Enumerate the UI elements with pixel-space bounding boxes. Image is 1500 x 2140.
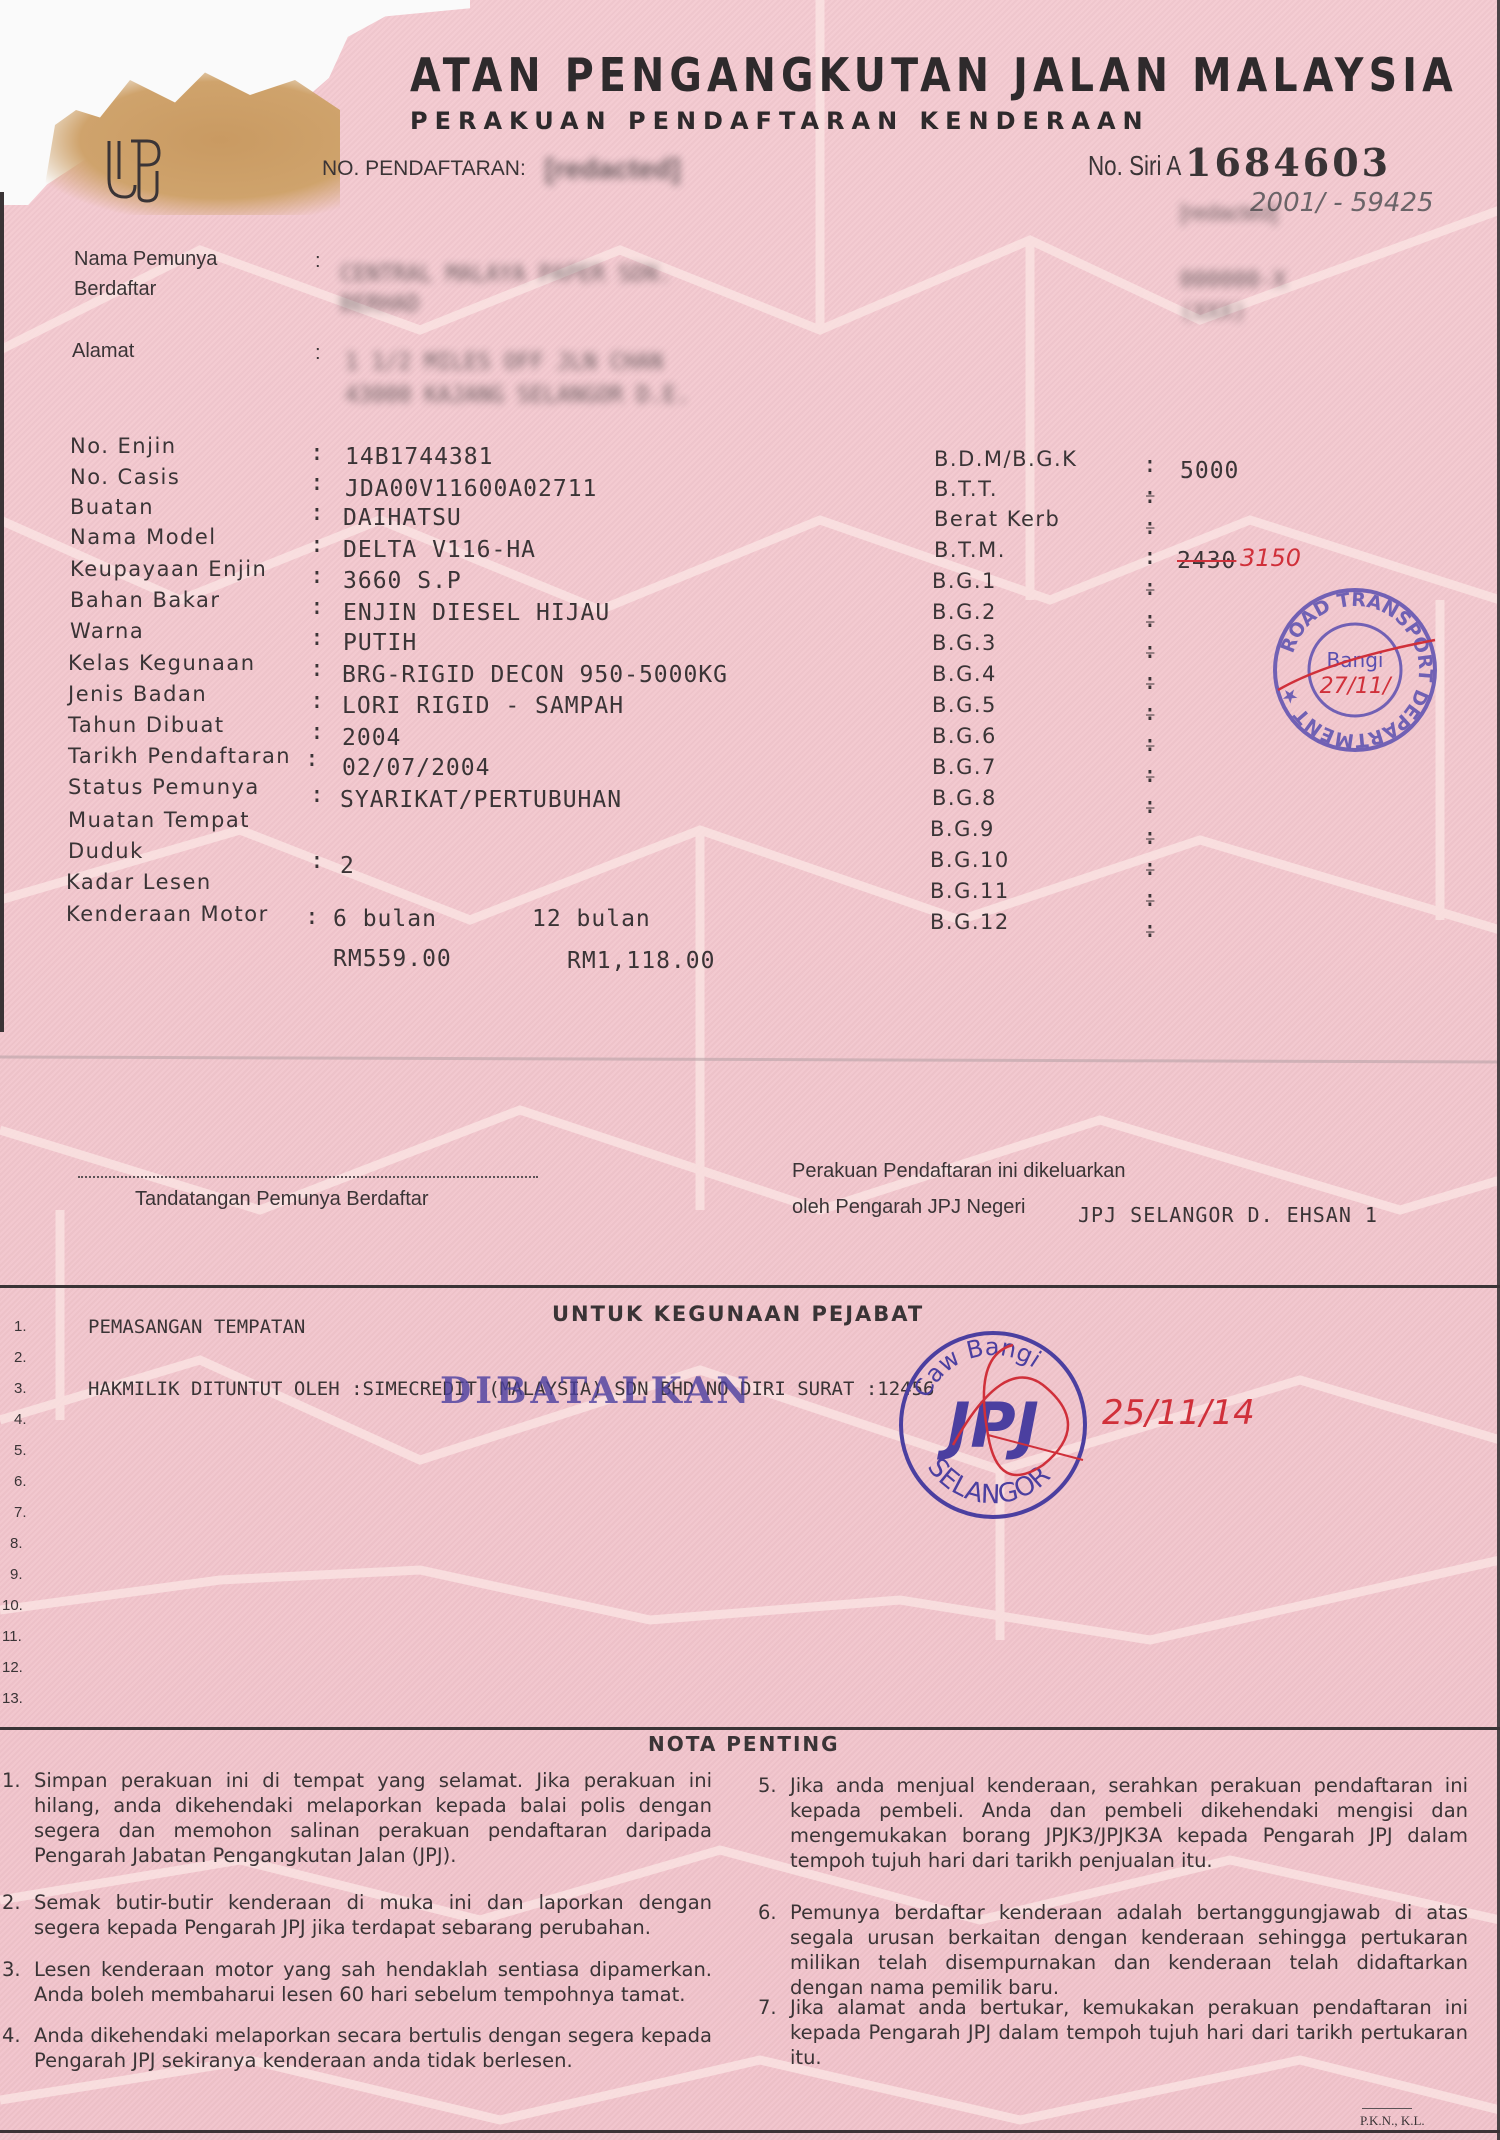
- cancelled-stamp: DIBATALKAN: [440, 1370, 753, 1412]
- bg5-value: –: [1146, 707, 1155, 723]
- bg6-value: –: [1146, 738, 1155, 754]
- colon: :: [305, 904, 320, 930]
- model-value: DELTA V116-HA: [343, 537, 536, 563]
- line-number: 7.: [14, 1504, 27, 1521]
- colon: :: [1143, 452, 1158, 478]
- line-number: 4.: [14, 1411, 27, 1428]
- colon: :: [310, 500, 325, 526]
- owner-status-value: SYARIKAT/PERTUBUHAN: [340, 787, 622, 813]
- line-number: 2.: [14, 1349, 27, 1366]
- colon: :: [1143, 544, 1158, 570]
- field-label: No. Casis: [70, 465, 180, 489]
- year-value: 2004: [342, 725, 401, 751]
- weight-label: B.T.M.: [934, 538, 1006, 562]
- bg7-value: –: [1146, 769, 1155, 785]
- svg-text:27/11/: 27/11/: [1320, 674, 1393, 699]
- field-label: Tahun Dibuat: [68, 713, 225, 737]
- colon: :: [310, 848, 325, 874]
- weight-label: B.T.T.: [934, 477, 998, 501]
- jpj-selangor-stamp-icon: Caw Bangi SELANGOR JPJ: [893, 1325, 1093, 1525]
- line-number: 10.: [2, 1597, 23, 1614]
- field-label: Jenis Badan: [68, 682, 207, 706]
- office-use-heading: UNTUK KEGUNAAN PEJABAT: [552, 1302, 924, 1326]
- btm-handwritten-correction: 3150: [1240, 544, 1301, 572]
- owner-colon: :: [315, 250, 321, 273]
- weight-label: B.G.9: [930, 817, 995, 841]
- bg4-value: –: [1146, 676, 1155, 692]
- note-item-5: 5. Jika anda menjual kenderaan, serahkan…: [758, 1773, 1470, 1883]
- printer-mark: P.K.N., K.L.: [1360, 2113, 1425, 2129]
- colon: :: [305, 746, 320, 772]
- note-item-3: 3. Lesen kenderaan motor yang sah hendak…: [2, 1957, 712, 2017]
- owner-signature-label: Tandatangan Pemunya Berdaftar: [135, 1188, 429, 1211]
- weight-label: B.G.8: [932, 786, 997, 810]
- redacted-right-block: [redacted]: [1180, 200, 1278, 226]
- owner-name-value-2: BERHAD: [340, 292, 419, 317]
- field-label: No. Enjin: [70, 434, 177, 458]
- signature-line: [78, 1176, 538, 1178]
- bg11-value: –: [1146, 893, 1155, 909]
- body-type-value: LORI RIGID - SAMPAH: [342, 693, 624, 719]
- license-12-value: RM1,118.00: [567, 948, 715, 974]
- kerb-value: –: [1146, 520, 1155, 536]
- note-item-4: 4. Anda dikehendaki melaporkan secara be…: [2, 2023, 712, 2083]
- printer-rule: [1362, 2108, 1412, 2109]
- make-value: DAIHATSU: [343, 505, 462, 531]
- btm-value: 2430: [1177, 548, 1236, 574]
- seating-value: 2: [340, 853, 355, 879]
- issued-line-1: Perakuan Pendaftaran ini dikeluarkan: [792, 1160, 1126, 1183]
- field-label: Kelas Kegunaan: [68, 651, 256, 675]
- seating-label-2: Duduk: [68, 839, 144, 863]
- notes-top-rule: [0, 1727, 1500, 1730]
- colon: :: [310, 440, 325, 466]
- note-item-1: 1. Simpan perakuan ini di tempat yang se…: [2, 1768, 712, 1878]
- line-number: 9.: [10, 1566, 23, 1583]
- registration-no-label: NO. PENDAFTARAN:: [322, 157, 526, 181]
- line-number: 5.: [14, 1442, 27, 1459]
- line-number: 12.: [2, 1659, 23, 1676]
- note-number: 5.: [758, 1773, 777, 1798]
- weight-label: B.G.11: [930, 879, 1010, 903]
- field-label: Bahan Bakar: [70, 588, 221, 612]
- bg12-value: –: [1146, 924, 1155, 940]
- document-title: PERAKUAN PENDAFTARAN KENDERAAN: [410, 107, 1150, 135]
- note-text: Jika alamat anda bertukar, kemukakan per…: [790, 1995, 1468, 2070]
- license-6-value: RM559.00: [333, 946, 452, 972]
- owner-name-label-1: Nama Pemunya: [74, 248, 217, 271]
- note-number: 4.: [2, 2023, 21, 2048]
- colon: :: [310, 594, 325, 620]
- authority-title: ATAN PENGANGKUTAN JALAN MALAYSIA: [410, 48, 1458, 102]
- owner-name-value-1: CENTRAL MALAYA PAPER SDN.: [340, 262, 671, 287]
- registration-no-value: [redacted]: [545, 153, 680, 185]
- license-label-2: Kenderaan Motor: [66, 902, 269, 926]
- jpj-logo-icon: [95, 135, 175, 205]
- bg2-value: –: [1146, 614, 1155, 630]
- note-text: Simpan perakuan ini di tempat yang selam…: [34, 1768, 712, 1868]
- field-label: Buatan: [70, 495, 154, 519]
- company-no-2: (XXX): [1180, 300, 1246, 325]
- weight-label: B.G.4: [932, 662, 997, 686]
- issued-line-2: oleh Pengarah JPJ Negeri: [792, 1196, 1025, 1219]
- line-number: 13.: [2, 1690, 23, 1707]
- bg10-value: –: [1146, 862, 1155, 878]
- usage-class-value: BRG-RIGID DECON 950-5000KG: [342, 662, 728, 688]
- weight-label: B.G.7: [932, 755, 997, 779]
- serial-number: 1684603: [1185, 140, 1391, 185]
- weight-label: Berat Kerb: [934, 507, 1060, 531]
- colon: :: [310, 656, 325, 682]
- bg9-value: –: [1146, 831, 1155, 847]
- issuing-office: JPJ SELANGOR D. EHSAN 1: [1078, 1203, 1378, 1227]
- line-number: 11.: [2, 1628, 22, 1645]
- chassis-no-value: JDA00V11600A02711: [345, 476, 597, 502]
- bdm-value: 5000: [1180, 458, 1239, 484]
- note-number: 6.: [758, 1900, 777, 1925]
- field-label: Warna: [70, 619, 144, 643]
- note-number: 2.: [2, 1890, 21, 1915]
- bottom-rule: [0, 2130, 1500, 2133]
- line-number: 1.: [14, 1318, 27, 1335]
- bg1-value: –: [1146, 582, 1155, 598]
- note-number: 7.: [758, 1995, 777, 2020]
- owner-name-label-2: Berdaftar: [74, 278, 156, 301]
- btt-value: –: [1146, 488, 1155, 504]
- weight-label: B.G.12: [930, 910, 1010, 934]
- note-text: Jika anda menjual kenderaan, serahkan pe…: [790, 1773, 1468, 1873]
- transport-department-stamp-icon: ROAD TRANSPORT DEPARTMENT ★ Bangi 27/11/: [1270, 585, 1440, 755]
- registration-date-value: 02/07/2004: [342, 755, 490, 781]
- weight-label: B.G.2: [932, 600, 997, 624]
- note-item-7: 7. Jika alamat anda bertukar, kemukakan …: [758, 1995, 1470, 2055]
- bg3-value: –: [1146, 645, 1155, 661]
- colon: :: [310, 688, 325, 714]
- colon: :: [310, 470, 325, 496]
- field-label: Nama Model: [70, 525, 217, 549]
- address-colon: :: [315, 342, 321, 365]
- frame-left-border: [0, 192, 4, 1032]
- line-number: 3.: [14, 1380, 27, 1397]
- note-text: Lesen kenderaan motor yang sah hendaklah…: [34, 1957, 712, 2007]
- colon: :: [310, 563, 325, 589]
- note-text: Pemunya berdaftar kenderaan adalah berta…: [790, 1900, 1468, 2000]
- field-label: Keupayaan Enjin: [70, 557, 267, 581]
- note-item-2: 2. Semak butir-butir kenderaan di muka i…: [2, 1890, 712, 1950]
- fuel-value: ENJIN DIESEL HIJAU: [343, 600, 610, 626]
- weight-label: B.G.5: [932, 693, 997, 717]
- note-text: Anda dikehendaki melaporkan secara bertu…: [34, 2023, 712, 2073]
- serial-label: No. Siri A: [1088, 150, 1181, 182]
- note-number: 1.: [2, 1768, 21, 1793]
- engine-no-value: 14B1744381: [345, 444, 493, 470]
- license-label-1: Kadar Lesen: [66, 870, 212, 894]
- address-value-1: 1 1/2 MILES OFF JLN CHAN: [345, 350, 663, 375]
- colon: :: [310, 532, 325, 558]
- weight-label: B.G.6: [932, 724, 997, 748]
- colon: :: [310, 719, 325, 745]
- line-number: 8.: [10, 1535, 23, 1552]
- office-handwritten-date: 25/11/14: [1102, 1393, 1255, 1433]
- line-number: 6.: [14, 1473, 27, 1490]
- engine-capacity-value: 3660 S.P: [343, 568, 462, 594]
- notes-heading: NOTA PENTING: [648, 1732, 840, 1756]
- field-label: Tarikh Pendaftaran: [68, 744, 291, 768]
- seating-label-1: Muatan Tempat: [68, 808, 250, 832]
- color-value: PUTIH: [343, 630, 417, 656]
- note-text: Semak butir-butir kenderaan di muka ini …: [34, 1890, 712, 1940]
- address-value-2: 43000 KAJANG SELANGOR D.E.: [345, 383, 689, 408]
- office-use-top-rule: [0, 1285, 1500, 1288]
- colon: :: [310, 625, 325, 651]
- company-no-1: 000000-X: [1180, 268, 1286, 293]
- weight-label: B.G.3: [932, 631, 997, 655]
- bg8-value: –: [1146, 800, 1155, 816]
- colon: :: [310, 782, 325, 808]
- note-item-6: 6. Pemunya berdaftar kenderaan adalah be…: [758, 1900, 1470, 1985]
- weight-label: B.G.1: [932, 569, 997, 593]
- license-12-label: 12 bulan: [532, 906, 651, 932]
- weight-label: B.D.M/B.G.K: [934, 447, 1077, 471]
- address-label: Alamat: [72, 340, 134, 363]
- field-label: Status Pemunya: [68, 775, 260, 799]
- office-line-text: PEMASANGAN TEMPATAN: [88, 1316, 305, 1338]
- note-number: 3.: [2, 1957, 21, 1982]
- license-6-label: 6 bulan: [333, 906, 437, 932]
- weight-label: B.G.10: [930, 848, 1010, 872]
